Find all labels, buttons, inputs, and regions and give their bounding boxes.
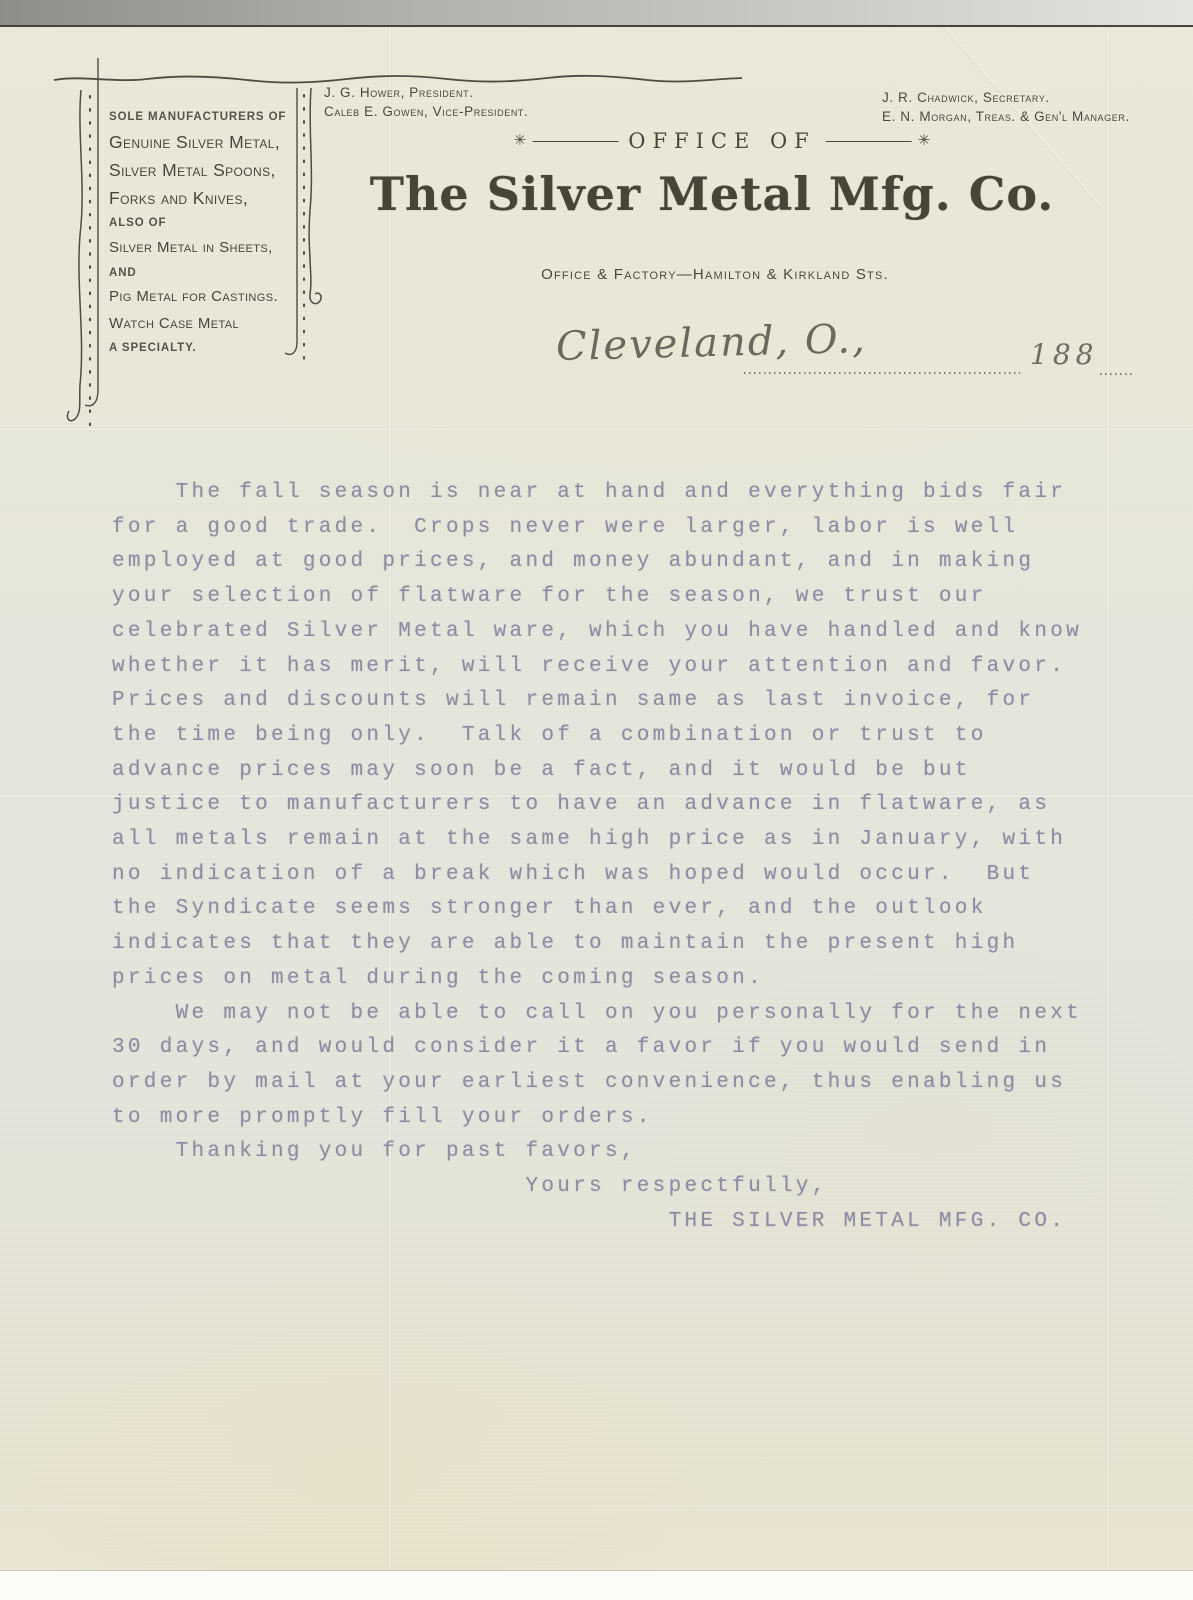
handwritten-city: Cleveland, O.,	[555, 316, 867, 370]
letter-line: the Syndicate seems stronger than ever, …	[112, 892, 1082, 927]
letter-body: The fall season is near at hand and ever…	[112, 476, 1082, 1239]
letter-line: prices on metal during the coming season…	[112, 962, 1082, 997]
letter-line: Yours respectfully,	[112, 1170, 1082, 1205]
letter-line: We may not be able to call on you person…	[112, 997, 1082, 1032]
letter-line: employed at good prices, and money abund…	[112, 545, 1082, 580]
sidebar-item: Forks and Knives,	[109, 189, 309, 208]
sidebar-item: Genuine Silver Metal,	[109, 133, 309, 152]
date-dotted-line	[744, 372, 1020, 374]
date-dotted-line	[1100, 373, 1134, 375]
sidebar-item: AND	[109, 267, 309, 280]
sidebar-product-list: SOLE MANUFACTURERS OFGenuine Silver Meta…	[109, 103, 309, 363]
letter-line: The fall season is near at hand and ever…	[112, 476, 1082, 511]
asterisk-ornament-icon: ✳	[514, 131, 527, 149]
letter-line: to more promptly fill your orders.	[112, 1101, 1082, 1136]
letter-line: THE SILVER METAL MFG. CO.	[112, 1205, 1082, 1240]
letter-line: for a good trade. Crops never were large…	[112, 511, 1082, 546]
letter-line: whether it has merit, will receive your …	[112, 650, 1082, 685]
office-of-label: OFFICE OF	[624, 129, 820, 153]
letter-line: all metals remain at the same high price…	[112, 823, 1082, 858]
letter-line: no indication of a break which was hoped…	[112, 858, 1082, 893]
letter-line: indicates that they are able to maintain…	[112, 927, 1082, 962]
letter-line: celebrated Silver Metal ware, which you …	[112, 615, 1082, 650]
year-prefix: 188	[1030, 338, 1098, 371]
sidebar-item: ALSO OF	[109, 217, 309, 230]
scanner-background-bottom	[0, 1570, 1193, 1600]
scanner-background-top	[0, 0, 1193, 27]
officer-line: J. G. Hower, President.	[324, 83, 528, 102]
letter-line: Prices and discounts will remain same as…	[112, 684, 1082, 719]
sidebar-item: Silver Metal Spoons,	[109, 161, 309, 180]
officer-line: J. R. Chadwick, Secretary.	[882, 88, 1130, 107]
fold-crease-horizontal-lower	[0, 1504, 1193, 1508]
sidebar-item: Silver Metal in Sheets,	[109, 240, 309, 257]
company-name: The Silver Metal Mfg. Co.	[370, 167, 1055, 221]
letter-line: your selection of flatware for the seaso…	[112, 580, 1082, 615]
dash-rule	[826, 141, 912, 142]
address-line: Office & Factory—Hamilton & Kirkland Sts…	[541, 266, 889, 283]
office-of-row: ✳ OFFICE OF ✳	[514, 129, 931, 153]
officer-line: Caleb E. Gowen, Vice-President.	[324, 102, 528, 121]
letter-line: Thanking you for past favors,	[112, 1135, 1082, 1170]
letter-line: justice to manufacturers to have an adva…	[112, 788, 1082, 823]
asterisk-ornament-icon: ✳	[918, 131, 931, 149]
sidebar-item: SOLE MANUFACTURERS OF	[109, 111, 309, 124]
letter-line: order by mail at your earliest convenien…	[112, 1066, 1082, 1101]
dash-rule	[532, 141, 618, 142]
sidebar-item: A SPECIALTY.	[109, 342, 309, 355]
sidebar-item: Pig Metal for Castings.	[109, 289, 309, 306]
officers-right: J. R. Chadwick, Secretary. E. N. Morgan,…	[882, 88, 1130, 126]
letter-line: 30 days, and would consider it a favor i…	[112, 1031, 1082, 1066]
scanned-letter-page: SOLE MANUFACTURERS OFGenuine Silver Meta…	[0, 0, 1193, 1600]
letter-line: advance prices may soon be a fact, and i…	[112, 754, 1082, 789]
sidebar-item: Watch Case Metal	[109, 316, 309, 333]
letter-line: the time being only. Talk of a combinati…	[112, 719, 1082, 754]
officers-left: J. G. Hower, President. Caleb E. Gowen, …	[324, 83, 528, 121]
officer-line: E. N. Morgan, Treas. & Gen'l Manager.	[882, 107, 1130, 126]
